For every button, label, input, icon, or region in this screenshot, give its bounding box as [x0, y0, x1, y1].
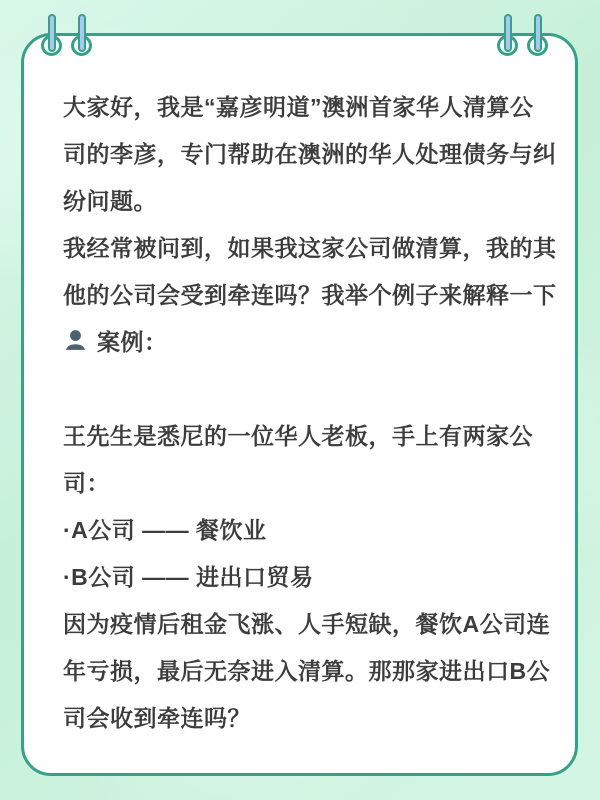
question-text-line: 我经常被问到，如果我这家公司做清算，我的其 [63, 223, 539, 270]
case-label: 案例： [97, 324, 168, 357]
post-image: { "theme": { "background_mint": "#cdf3e0… [0, 0, 600, 800]
conclusion-text-line: 因为疫情后租金飞涨、人手短缺，餐饮A公司连 [63, 599, 539, 646]
bullet-item: ·B公司 —— 进出口贸易 [63, 552, 539, 599]
case-intro-text-line: 王先生是悉尼的一位华人老板，手上有两家公 [63, 411, 539, 458]
case-intro-text-line: 司： [63, 458, 539, 505]
binder-pin [534, 14, 542, 52]
case-label-line: 案例： [63, 317, 539, 364]
binder-pin [48, 14, 56, 52]
binder-pin [78, 14, 86, 52]
intro-text-line: 司的李彦，专门帮助在澳洲的华人处理债务与纠 [63, 129, 539, 176]
conclusion-text-line: 年亏损，最后无奈进入清算。那那家进出口B公 [63, 646, 539, 693]
bullet-item: ·A公司 —— 餐饮业 [63, 505, 539, 552]
note-card: 大家好，我是“嘉彦明道”澳洲首家华人清算公 司的李彦，专门帮助在澳洲的华人处理债… [21, 33, 578, 776]
person-icon [63, 328, 88, 353]
note-card-content: 大家好，我是“嘉彦明道”澳洲首家华人清算公 司的李彦，专门帮助在澳洲的华人处理债… [63, 82, 539, 740]
intro-text-line: 纷问题。 [63, 176, 539, 223]
blank-line [63, 364, 539, 411]
intro-text-line: 大家好，我是“嘉彦明道”澳洲首家华人清算公 [63, 82, 539, 129]
binder-pin [504, 14, 512, 52]
question-text-line: 他的公司会受到牵连吗？我举个例子来解释一下 [63, 270, 539, 317]
conclusion-text-line: 司会收到牵连吗？ [63, 693, 539, 740]
